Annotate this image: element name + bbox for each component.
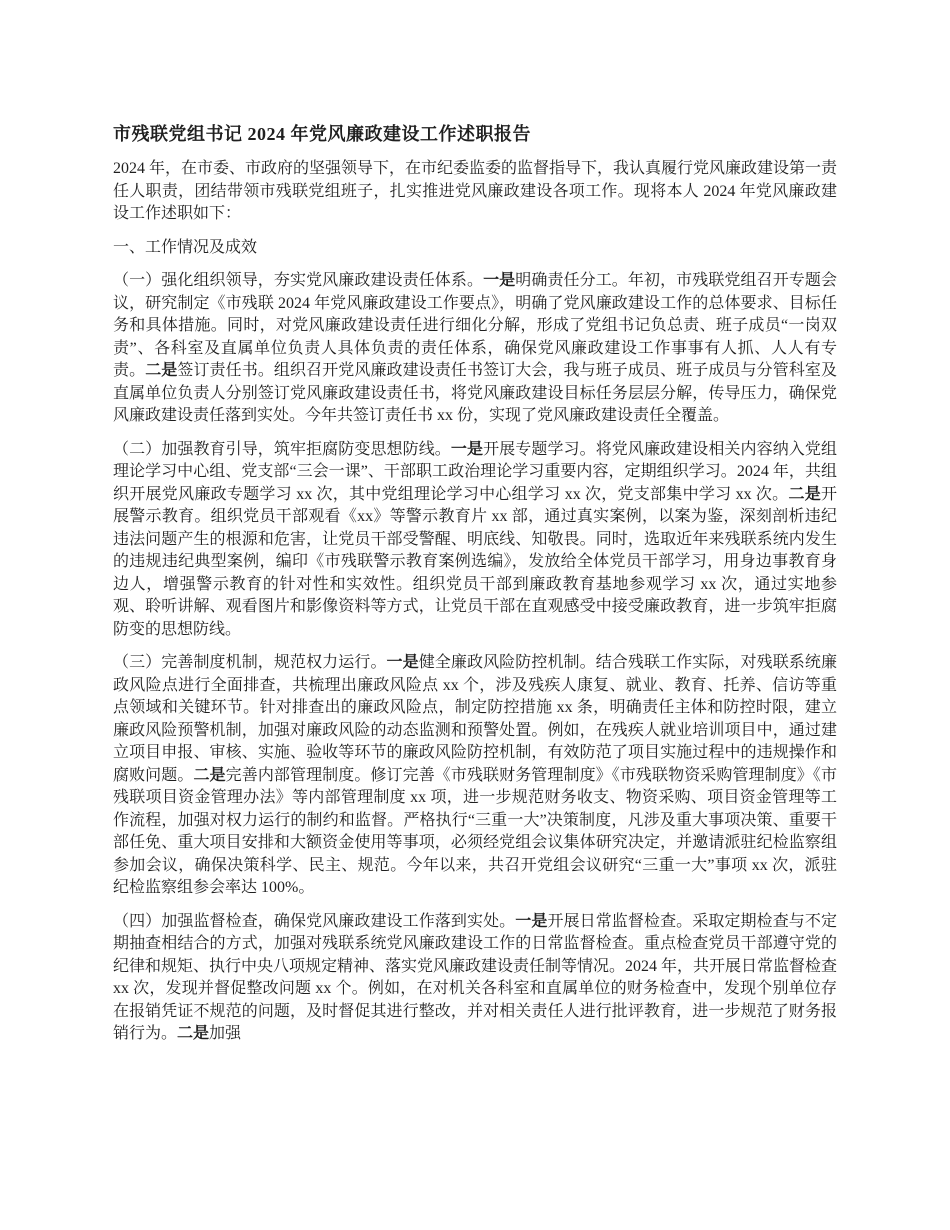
report-paragraph: （一）强化组织领导，夯实党风廉政建设责任体系。一是明确责任分工。年初，市残联党组…	[113, 270, 837, 428]
emphasis-run: 二是	[177, 1025, 209, 1042]
text-run: 加强	[209, 1025, 241, 1042]
text-run: 健全廉政风险防控机制。结合残联工作实际，对残联系统廉政风险点进行全面排查，共梳理…	[113, 654, 837, 784]
report-paragraph: （二）加强教育引导，筑牢拒腐防变思想防线。一是开展专题学习。将党风廉政建设相关内…	[113, 439, 837, 642]
emphasis-run: 一是	[387, 654, 419, 671]
text-run: 签订责任书。组织召开党风廉政建设责任书签订大会，我与班子成员、班子成员与分管科室…	[113, 362, 837, 424]
report-paragraph: （四）加强监督检查，确保党风廉政建设工作落到实处。一是开展日常监督检查。采取定期…	[113, 911, 837, 1046]
text-run: （四）加强监督检查，确保党风廉政建设工作落到实处。	[113, 913, 515, 930]
emphasis-run: 一是	[483, 272, 515, 289]
section-heading: 一、工作情况及成效	[113, 237, 837, 260]
document-title: 市残联党组书记 2024 年党风廉政建设工作述职报告	[113, 122, 837, 146]
emphasis-run: 二是	[145, 362, 177, 379]
document-page: 市残联党组书记 2024 年党风廉政建设工作述职报告 2024 年，在市委、市政…	[0, 0, 950, 1087]
text-run: （三）完善制度机制，规范权力运行。	[113, 654, 387, 671]
text-run: 完善内部管理制度。修订完善《市残联财务管理制度》《市残联物资采购管理制度》《市残…	[113, 767, 837, 897]
text-run: 开展日常监督检查。采取定期检查与不定期抽查相结合的方式，加强对残联系统党风廉政建…	[113, 913, 837, 1043]
report-paragraphs: （一）强化组织领导，夯实党风廉政建设责任体系。一是明确责任分工。年初，市残联党组…	[113, 270, 837, 1046]
text-run: （二）加强教育引导，筑牢拒腐防变思想防线。	[113, 441, 451, 458]
emphasis-run: 二是	[193, 767, 225, 784]
emphasis-run: 一是	[515, 913, 547, 930]
emphasis-run: 二是	[788, 486, 821, 503]
intro-paragraph: 2024 年，在市委、市政府的坚强领导下，在市纪委监委的监督指导下，我认真履行党…	[113, 158, 837, 226]
report-paragraph: （三）完善制度机制，规范权力运行。一是健全廉政风险防控机制。结合残联工作实际，对…	[113, 652, 837, 900]
text-run: （一）强化组织领导，夯实党风廉政建设责任体系。	[113, 272, 483, 289]
text-run: 开展警示教育。组织党员干部观看《xx》等警示教育片 xx 部，通过真实案例，以案…	[113, 486, 837, 638]
emphasis-run: 一是	[451, 441, 483, 458]
